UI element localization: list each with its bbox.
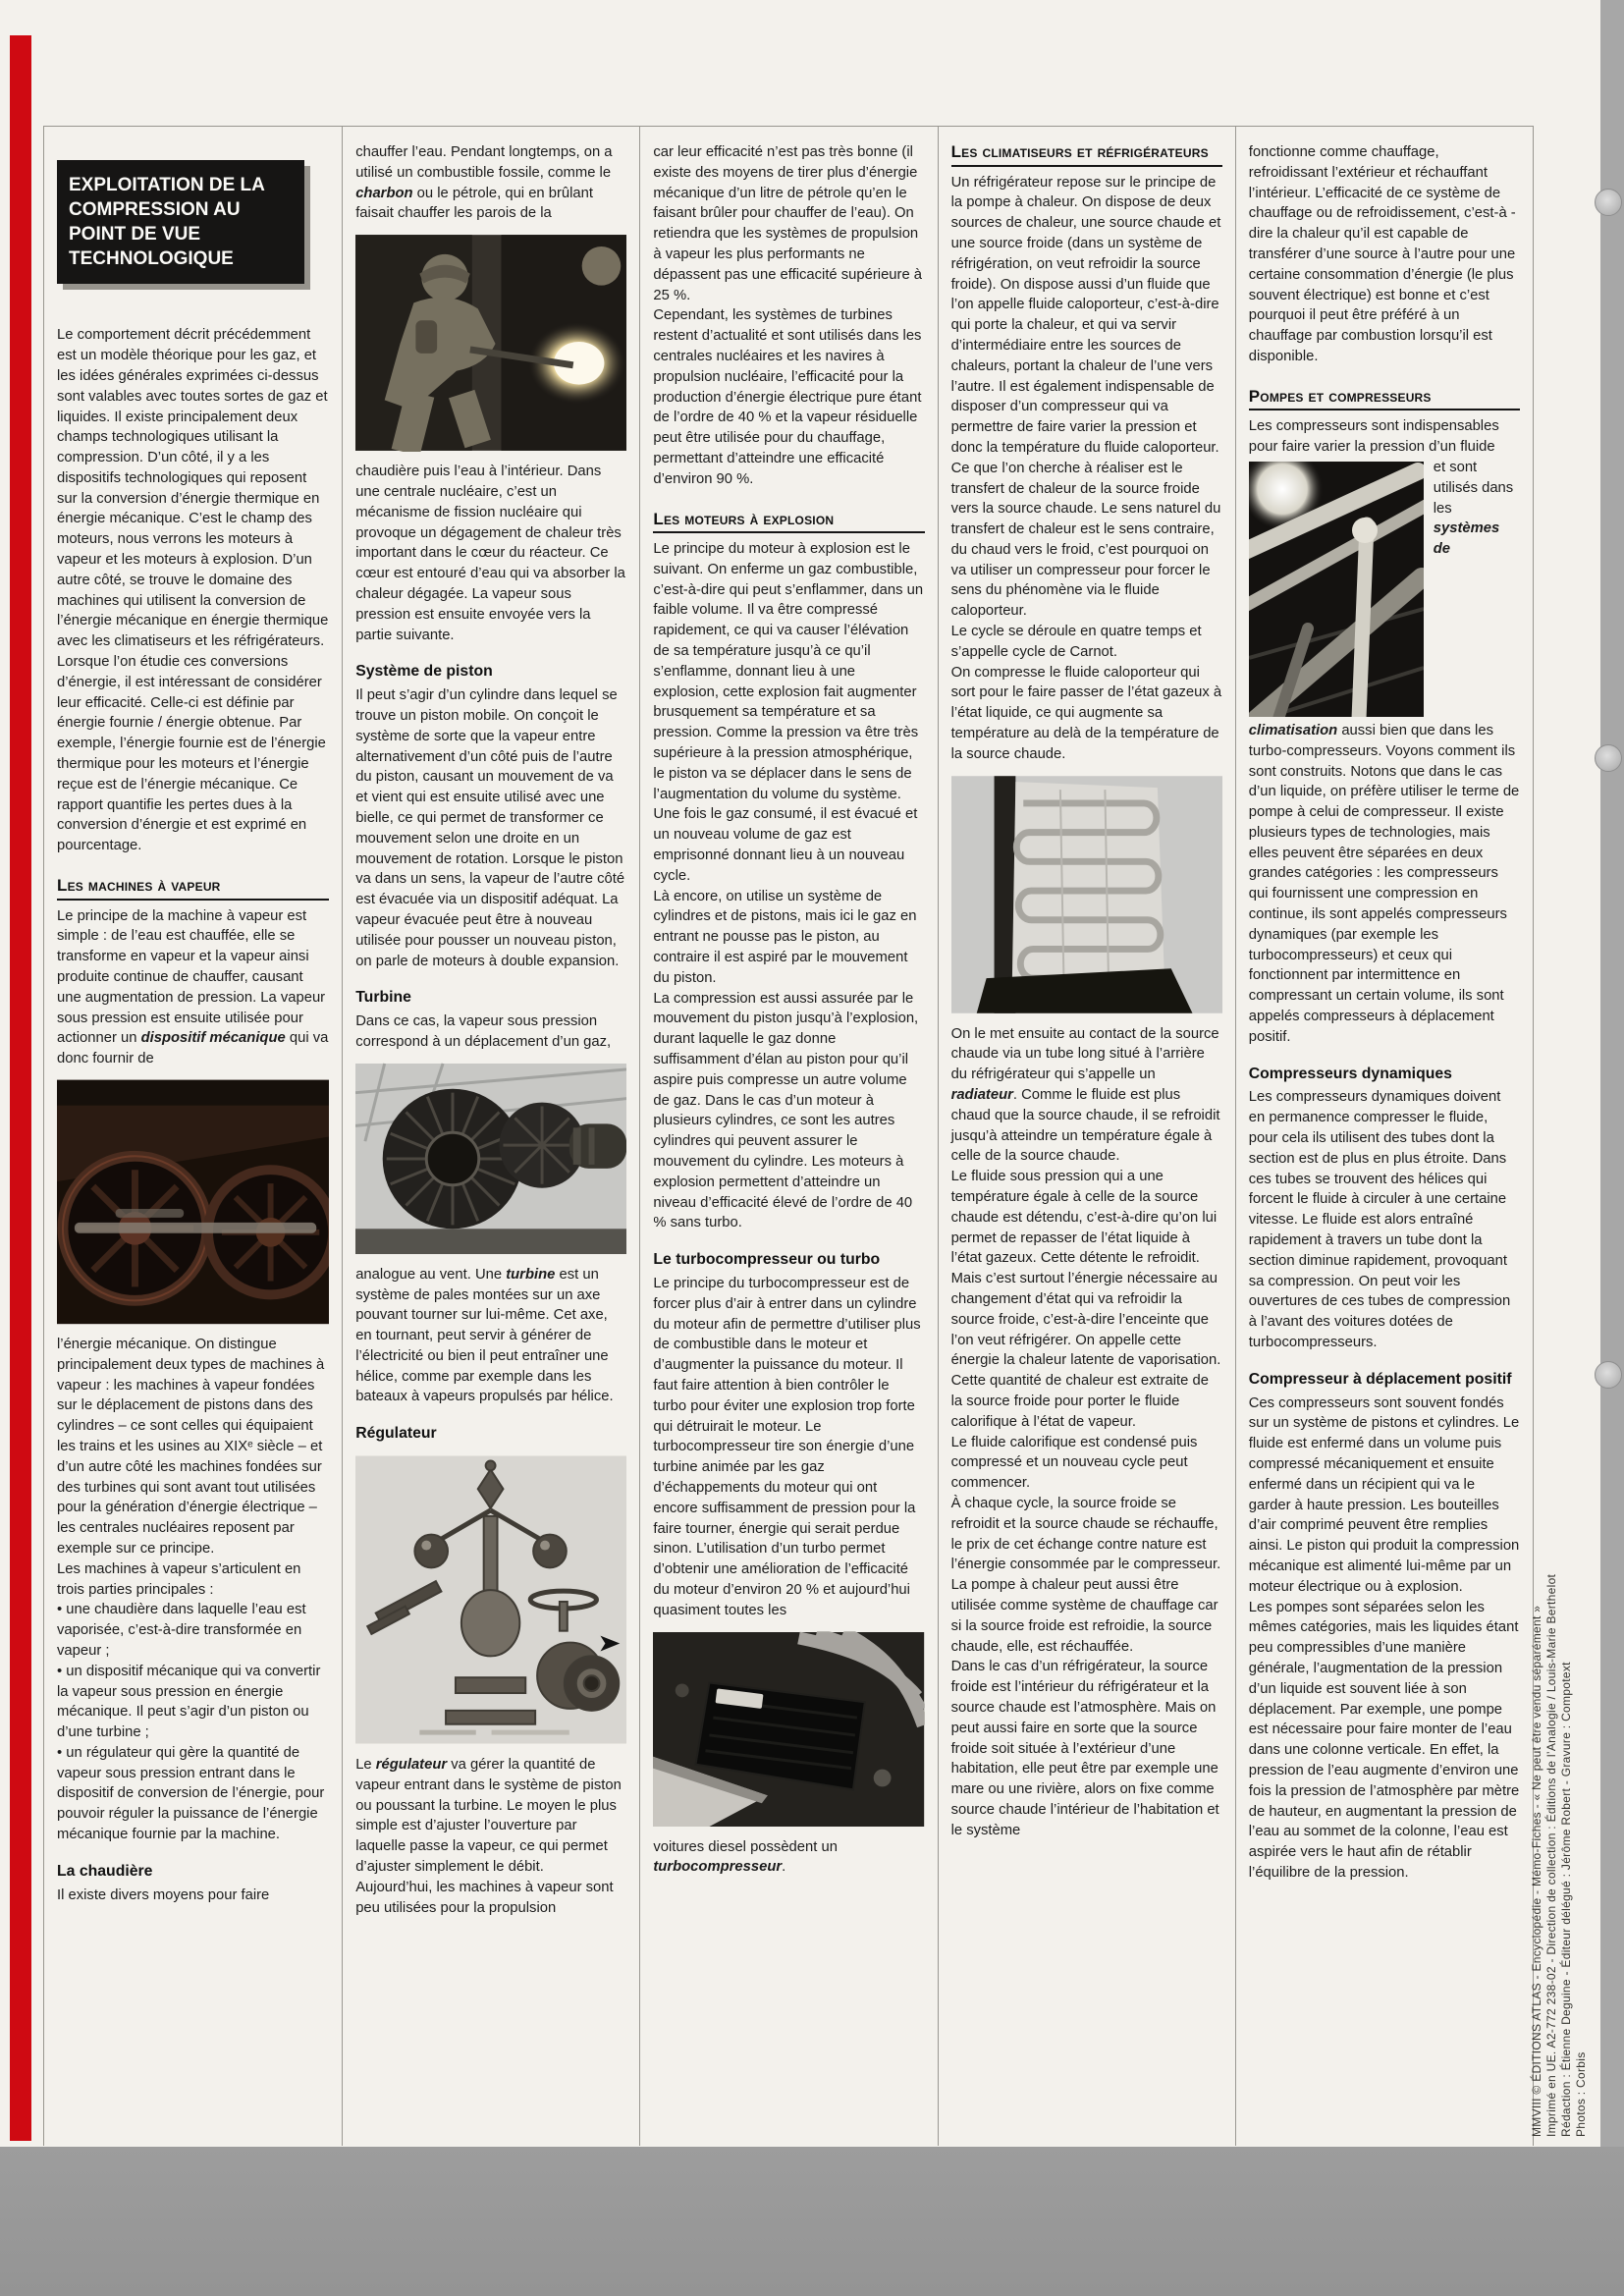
imprint-line: Rédaction : Étienne Deguine - Éditeur dé…: [1559, 1662, 1573, 2137]
paragraph: Ces compresseurs sont souvent fondés sur…: [1249, 1394, 1520, 1598]
paragraph: La compression est aussi assurée par le …: [653, 989, 924, 1234]
paragraph: Lorsque l’on étudie ces conversions d’én…: [57, 652, 329, 856]
bullet-item: un dispositif mécanique qui va convertir…: [57, 1662, 329, 1743]
emphasis-term: turbocompresseur: [653, 1859, 782, 1875]
paragraph: Aujourd’hui, les machines à vapeur sont …: [355, 1878, 626, 1919]
column-4: Les climatiseurs et réfrigérateurs Un ré…: [938, 127, 1235, 2146]
paragraph: l’énergie mécanique. On distingue princi…: [57, 1335, 329, 1559]
paragraph: Cependant, les systèmes de turbines rest…: [653, 305, 924, 489]
punch-hole: [1595, 189, 1622, 216]
column-2: chauffer l’eau. Pendant longtemps, on a …: [342, 127, 639, 2146]
paragraph: voitures diesel possèdent un turbocompre…: [653, 1837, 924, 1879]
subheading-systeme-de-piston: Système de piston: [355, 662, 626, 683]
paragraph: Un réfrigérateur repose sur le principe …: [951, 173, 1222, 623]
subheading-turbocompresseur: Le turbocompresseur ou turbo: [653, 1250, 924, 1271]
photo-steam-locomotive-wheels: [57, 1079, 329, 1325]
paragraph: On le met ensuite au contact de la sourc…: [951, 1024, 1222, 1168]
page-sheet: EXPLOITATION DE LA COMPRESSION AU POINT …: [0, 0, 1600, 2147]
bullet-list: une chaudière dans laquelle l’eau est va…: [57, 1600, 329, 1845]
punch-hole: [1595, 744, 1622, 772]
paragraph: On compresse le fluide caloporteur qui s…: [951, 663, 1222, 765]
photo-industrial-pipes: [1249, 462, 1424, 717]
paragraph: Le cycle se déroule en quatre temps et s…: [951, 622, 1222, 663]
paragraph: chaudière puis l’eau à l’intérieur. Dans…: [355, 462, 626, 645]
subheading-la-chaudiere: La chaudière: [57, 1862, 329, 1883]
paragraph: chauffer l’eau. Pendant longtemps, on a …: [355, 142, 626, 224]
emphasis-term: régulateur: [376, 1757, 447, 1773]
paragraph: analogue au vent. Une turbine est un sys…: [355, 1265, 626, 1408]
imprint-credits: MMVIII © ÉDITIONS ATLAS - Encyclopédie -…: [1540, 0, 1598, 2147]
article-title: EXPLOITATION DE LA COMPRESSION AU POINT …: [69, 175, 264, 269]
paragraph: Le fluide calorifique est condensé puis …: [951, 1433, 1222, 1494]
scanned-encyclopedia-page: EXPLOITATION DE LA COMPRESSION AU POINT …: [0, 0, 1624, 2296]
emphasis-term: dispositif mécanique: [141, 1030, 286, 1046]
emphasis-term: turbine: [506, 1267, 555, 1283]
article-title-box: EXPLOITATION DE LA COMPRESSION AU POINT …: [57, 160, 304, 284]
paragraph: À chaque cycle, la source froide se refr…: [951, 1494, 1222, 1575]
paragraph: Le principe du turbocompresseur est de f…: [653, 1274, 924, 1621]
section-heading-moteurs-a-explosion: Les moteurs à explosion: [653, 510, 924, 534]
paragraph: La pompe à chaleur peut aussi être utili…: [951, 1575, 1222, 1657]
imprint-line: Imprimé en UE. A2-772 238-02 - Direction…: [1544, 1574, 1558, 2137]
subheading-compresseurs-dynamiques: Compresseurs dynamiques: [1249, 1065, 1520, 1085]
paragraph: Dans le cas d’un réfrigérateur, la sourc…: [951, 1657, 1222, 1840]
column-5: fonctionne comme chauffage, refroidissan…: [1235, 127, 1533, 2146]
subheading-regulateur: Régulateur: [355, 1424, 626, 1445]
section-heading-climatiseurs: Les climatiseurs et réfrigérateurs: [951, 142, 1222, 167]
paragraph: Le fluide sous pression qui a une tempér…: [951, 1167, 1222, 1432]
photo-diesel-engine-bay: [653, 1631, 924, 1828]
paragraph: Le principe du moteur à explosion est le…: [653, 539, 924, 887]
paragraph: car leur efficacité n’est pas très bonne…: [653, 142, 924, 305]
punch-hole: [1595, 1361, 1622, 1389]
emphasis-term: radiateur: [951, 1087, 1013, 1103]
scanner-background-right: [1600, 0, 1624, 2296]
bullet-item: un régulateur qui gère la quantité de va…: [57, 1743, 329, 1845]
paragraph: Le régulateur va gérer la quantité de va…: [355, 1755, 626, 1878]
engraving-centrifugal-governor: [355, 1454, 626, 1745]
photo-refrigerator-radiator-coil: [951, 775, 1222, 1014]
paragraph: Les compresseurs sont indispensables pou…: [1249, 416, 1520, 458]
imprint-line: Photos : Corbis: [1574, 2051, 1588, 2137]
paragraph: fonctionne comme chauffage, refroidissan…: [1249, 142, 1520, 367]
bullet-item: une chaudière dans laquelle l’eau est va…: [57, 1600, 329, 1661]
paragraph: Les pompes sont séparées selon les mêmes…: [1249, 1598, 1520, 1884]
subheading-turbine: Turbine: [355, 988, 626, 1009]
paragraph: Les compresseurs dynamiques doivent en p…: [1249, 1087, 1520, 1352]
paragraph: Il peut s’agir d’un cylindre dans lequel…: [355, 685, 626, 971]
scanner-background-bottom: [0, 2147, 1624, 2296]
paragraph: Là encore, on utilise un système de cyli…: [653, 887, 924, 989]
emphasis-term: charbon: [355, 186, 412, 201]
paragraph: Le principe de la machine à vapeur est s…: [57, 906, 329, 1069]
paragraph: Les machines à vapeur s’articulent en tr…: [57, 1559, 329, 1601]
article-columns: EXPLOITATION DE LA COMPRESSION AU POINT …: [43, 126, 1534, 2146]
paragraph: Le comportement décrit précédemment est …: [57, 325, 329, 652]
section-heading-pompes-et-compresseurs: Pompes et compresseurs: [1249, 387, 1520, 411]
column-1: EXPLOITATION DE LA COMPRESSION AU POINT …: [44, 127, 342, 2146]
red-margin-strip: [10, 35, 31, 2141]
paragraph: Il existe divers moyens pour faire: [57, 1886, 329, 1906]
column-3: car leur efficacité n’est pas très bonne…: [639, 127, 937, 2146]
photo-steam-turbine-rotor: [355, 1063, 626, 1255]
photo-boiler-stoker: [355, 234, 626, 452]
paragraph: Dans ce cas, la vapeur sous pression cor…: [355, 1011, 626, 1053]
subheading-compresseur-deplacement-positif: Compresseur à déplacement positif: [1249, 1370, 1520, 1391]
section-heading-machines-a-vapeur: Les machines à vapeur: [57, 876, 329, 901]
imprint-line: MMVIII © ÉDITIONS ATLAS - Encyclopédie -…: [1530, 1606, 1543, 2137]
